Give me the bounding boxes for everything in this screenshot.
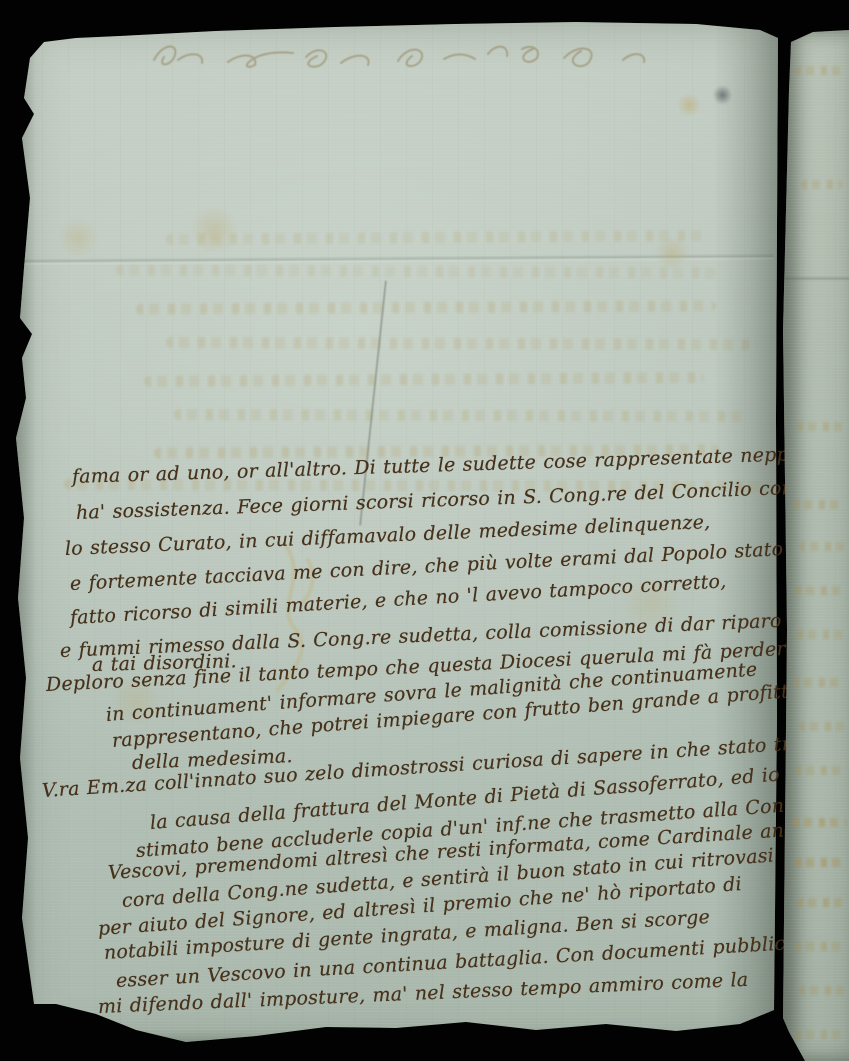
ink-bleed-through — [799, 722, 845, 731]
horizontal-fold-crease — [18, 253, 774, 265]
ink-bleed-through — [795, 942, 845, 951]
ink-bleed-through — [797, 630, 845, 639]
stain — [56, 218, 100, 258]
stain — [186, 208, 242, 252]
ink-bleed-through — [793, 678, 845, 687]
ink-bleed-through — [793, 818, 847, 827]
ink-bleed-through — [116, 264, 716, 278]
ink-bleed-through — [166, 230, 706, 245]
ink-bleed-through — [174, 409, 746, 422]
ink-bleed-through — [795, 66, 843, 75]
ink-bleed-through — [795, 1030, 843, 1039]
ink-bleed-through — [166, 337, 756, 350]
ink-bleed-through — [136, 300, 716, 314]
faded-top-inscription — [136, 26, 656, 82]
ink-bleed-through — [793, 500, 845, 509]
ink-bleed-through — [799, 986, 845, 995]
edge-shadow — [16, 1030, 778, 1048]
ink-bleed-through — [795, 586, 845, 595]
ink-bleed-through — [801, 180, 843, 189]
ink-bleed-through — [795, 766, 845, 775]
adjacent-page-edge — [783, 30, 849, 1061]
ink-bleed-through — [799, 542, 845, 551]
ink-bleed-through — [797, 898, 845, 907]
ink-bleed-through — [144, 372, 704, 387]
ink-bleed-through — [795, 858, 847, 867]
stain — [676, 94, 702, 116]
edge-shadow — [16, 18, 36, 1048]
horizontal-fold-crease — [783, 276, 849, 281]
photograph-backdrop: fama or ad uno, or all'altro. Di tutte l… — [0, 0, 849, 1061]
ink-bleed-through — [797, 422, 847, 431]
